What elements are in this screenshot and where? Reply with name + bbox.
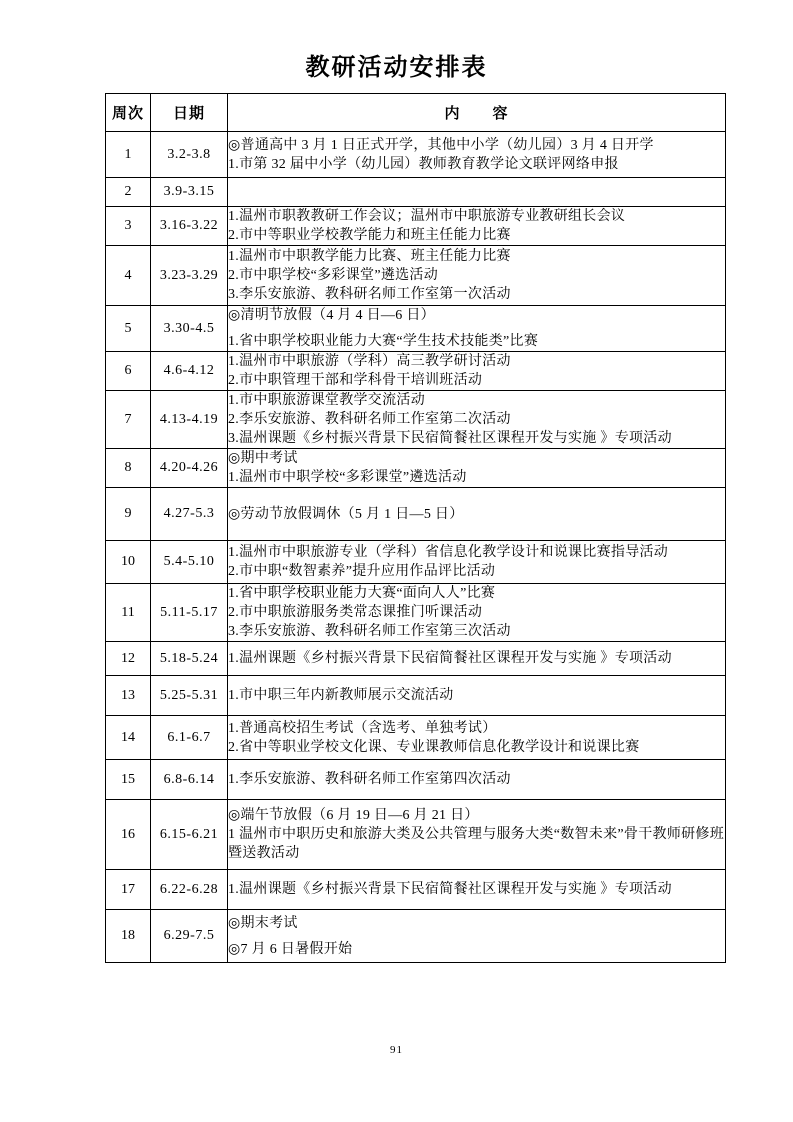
- content-line: 1.省中职学校职业能力大赛“面向人人”比赛: [228, 584, 725, 603]
- week-cell: 2: [106, 178, 151, 207]
- content-cell: 1.普通高校招生考试（含选考、单独考试）2.省中等职业学校文化课、专业课教师信息…: [228, 716, 726, 760]
- col-header-date: 日期: [151, 94, 228, 132]
- week-cell: 15: [106, 760, 151, 800]
- content-line: 1.温州课题《乡村振兴背景下民宿简餐社区课程开发与实施 》专项活动: [228, 880, 725, 899]
- content-cell: 1.温州课题《乡村振兴背景下民宿简餐社区课程开发与实施 》专项活动: [228, 870, 726, 910]
- header-row: 周次 日期 内 容: [106, 94, 726, 132]
- date-cell: 4.6-4.12: [151, 352, 228, 391]
- week-cell: 5: [106, 306, 151, 352]
- content-cell: 1.温州市中职旅游专业（学科）省信息化教学设计和说课比赛指导活动2.市中职“数智…: [228, 541, 726, 584]
- schedule-table-body: 13.2-3.8◎普通高中 3 月 1 日正式开学，其他中小学（幼儿园）3 月 …: [106, 132, 726, 963]
- content-cell: ◎期末考试◎7 月 6 日暑假开始: [228, 910, 726, 963]
- schedule-table-header: 周次 日期 内 容: [106, 94, 726, 132]
- table-row: 135.25-5.311.市中职三年内新教师展示交流活动: [106, 676, 726, 716]
- date-cell: 6.15-6.21: [151, 800, 228, 870]
- table-row: 84.20-4.26◎期中考试1.温州市中职学校“多彩课堂”遴选活动: [106, 449, 726, 488]
- content-cell: ◎劳动节放假调休（5 月 1 日—5 日）: [228, 488, 726, 541]
- content-cell: 1.省中职学校职业能力大赛“面向人人”比赛2.市中职旅游服务类常态课推门听课活动…: [228, 584, 726, 642]
- table-row: 176.22-6.281.温州课题《乡村振兴背景下民宿简餐社区课程开发与实施 》…: [106, 870, 726, 910]
- table-row: 64.6-4.121.温州市中职旅游（学科）高三教学研讨活动2.市中职管理干部和…: [106, 352, 726, 391]
- content-line: 2.市中等职业学校教学能力和班主任能力比赛: [228, 226, 725, 245]
- content-cell: 1.温州市中职旅游（学科）高三教学研讨活动2.市中职管理干部和学科骨干培训班活动: [228, 352, 726, 391]
- content-line: 1.普通高校招生考试（含选考、单独考试）: [228, 719, 725, 738]
- content-cell: 1.市中职三年内新教师展示交流活动: [228, 676, 726, 716]
- table-row: 156.8-6.141.李乐安旅游、教科研名师工作室第四次活动: [106, 760, 726, 800]
- content-cell: ◎端午节放假（6 月 19 日—6 月 21 日）1 温州市中职历史和旅游大类及…: [228, 800, 726, 870]
- content-cell: ◎普通高中 3 月 1 日正式开学，其他中小学（幼儿园）3 月 4 日开学1.市…: [228, 132, 726, 178]
- content-line: 1.省中职学校职业能力大赛“学生技术技能类”比赛: [228, 332, 725, 351]
- content-line: 2.市中职管理干部和学科骨干培训班活动: [228, 371, 725, 390]
- date-cell: 6.1-6.7: [151, 716, 228, 760]
- week-cell: 16: [106, 800, 151, 870]
- table-row: 74.13-4.191.市中职旅游课堂教学交流活动2.李乐安旅游、教科研名师工作…: [106, 391, 726, 449]
- table-row: 43.23-3.291.温州市中职教学能力比赛、班主任能力比赛2.市中职学校“多…: [106, 246, 726, 306]
- date-cell: 5.25-5.31: [151, 676, 228, 716]
- col-header-content: 内 容: [228, 94, 726, 132]
- content-line: ◎期末考试: [228, 914, 725, 933]
- content-line: 1.温州市中职学校“多彩课堂”遴选活动: [228, 468, 725, 487]
- date-cell: 3.9-3.15: [151, 178, 228, 207]
- content-line: ◎期中考试: [228, 449, 725, 468]
- date-cell: 3.16-3.22: [151, 207, 228, 246]
- content-line: 1 温州市中职历史和旅游大类及公共管理与服务大类“数智未来”骨干教师研修班暨送教…: [228, 825, 725, 863]
- week-cell: 17: [106, 870, 151, 910]
- content-line: 1.温州市中职旅游专业（学科）省信息化教学设计和说课比赛指导活动: [228, 543, 725, 562]
- content-line: ◎劳动节放假调休（5 月 1 日—5 日）: [228, 505, 725, 524]
- week-cell: 1: [106, 132, 151, 178]
- week-cell: 4: [106, 246, 151, 306]
- page-title: 教研活动安排表: [0, 52, 793, 84]
- week-cell: 12: [106, 642, 151, 676]
- content-line: 2.省中等职业学校文化课、专业课教师信息化教学设计和说课比赛: [228, 738, 725, 757]
- date-cell: 5.18-5.24: [151, 642, 228, 676]
- schedule-table: 周次 日期 内 容 13.2-3.8◎普通高中 3 月 1 日正式开学，其他中小…: [105, 93, 726, 963]
- table-row: 23.9-3.15: [106, 178, 726, 207]
- table-row: 13.2-3.8◎普通高中 3 月 1 日正式开学，其他中小学（幼儿园）3 月 …: [106, 132, 726, 178]
- date-cell: 5.4-5.10: [151, 541, 228, 584]
- date-cell: 6.8-6.14: [151, 760, 228, 800]
- date-cell: 4.27-5.3: [151, 488, 228, 541]
- content-line: 2.市中职旅游服务类常态课推门听课活动: [228, 603, 725, 622]
- content-line: 1.温州课题《乡村振兴背景下民宿简餐社区课程开发与实施 》专项活动: [228, 649, 725, 668]
- week-cell: 6: [106, 352, 151, 391]
- date-cell: 4.13-4.19: [151, 391, 228, 449]
- content-line: 1.市第 32 届中小学（幼儿园）教师教育教学论文联评网络申报: [228, 155, 725, 174]
- content-line: 3.李乐安旅游、教科研名师工作室第三次活动: [228, 622, 725, 641]
- content-line: ◎清明节放假（4 月 4 日—6 日）: [228, 306, 725, 325]
- content-cell: 1.市中职旅游课堂教学交流活动2.李乐安旅游、教科研名师工作室第二次活动3.温州…: [228, 391, 726, 449]
- date-cell: 6.22-6.28: [151, 870, 228, 910]
- week-cell: 7: [106, 391, 151, 449]
- content-cell: ◎期中考试1.温州市中职学校“多彩课堂”遴选活动: [228, 449, 726, 488]
- week-cell: 14: [106, 716, 151, 760]
- content-line: 2.李乐安旅游、教科研名师工作室第二次活动: [228, 410, 725, 429]
- date-cell: 3.2-3.8: [151, 132, 228, 178]
- table-row: 166.15-6.21◎端午节放假（6 月 19 日—6 月 21 日）1 温州…: [106, 800, 726, 870]
- table-row: 33.16-3.221.温州市职教教研工作会议；温州市中职旅游专业教研组长会议2…: [106, 207, 726, 246]
- content-line: 1.温州市职教教研工作会议；温州市中职旅游专业教研组长会议: [228, 207, 725, 226]
- content-line: 1.李乐安旅游、教科研名师工作室第四次活动: [228, 770, 725, 789]
- page-number: 91: [0, 1044, 793, 1056]
- content-line: 1.市中职三年内新教师展示交流活动: [228, 686, 725, 705]
- table-row: 146.1-6.71.普通高校招生考试（含选考、单独考试）2.省中等职业学校文化…: [106, 716, 726, 760]
- content-line: 3.李乐安旅游、教科研名师工作室第一次活动: [228, 285, 725, 304]
- week-cell: 8: [106, 449, 151, 488]
- col-header-week: 周次: [106, 94, 151, 132]
- date-cell: 3.23-3.29: [151, 246, 228, 306]
- content-line: ◎7 月 6 日暑假开始: [228, 940, 725, 959]
- content-cell: 1.温州课题《乡村振兴背景下民宿简餐社区课程开发与实施 》专项活动: [228, 642, 726, 676]
- table-row: 94.27-5.3◎劳动节放假调休（5 月 1 日—5 日）: [106, 488, 726, 541]
- table-row: 186.29-7.5◎期末考试◎7 月 6 日暑假开始: [106, 910, 726, 963]
- content-line: 1.温州市中职旅游（学科）高三教学研讨活动: [228, 352, 725, 371]
- content-cell: 1.温州市职教教研工作会议；温州市中职旅游专业教研组长会议2.市中等职业学校教学…: [228, 207, 726, 246]
- document-page: { "page": { "title": "教研活动安排表", "page_nu…: [0, 0, 793, 1122]
- date-cell: 3.30-4.5: [151, 306, 228, 352]
- content-line: ◎端午节放假（6 月 19 日—6 月 21 日）: [228, 806, 725, 825]
- content-cell: [228, 178, 726, 207]
- content-cell: 1.李乐安旅游、教科研名师工作室第四次活动: [228, 760, 726, 800]
- week-cell: 3: [106, 207, 151, 246]
- table-row: 105.4-5.101.温州市中职旅游专业（学科）省信息化教学设计和说课比赛指导…: [106, 541, 726, 584]
- content-line: 3.温州课题《乡村振兴背景下民宿简餐社区课程开发与实施 》专项活动: [228, 429, 725, 448]
- date-cell: 6.29-7.5: [151, 910, 228, 963]
- content-cell: ◎清明节放假（4 月 4 日—6 日）1.省中职学校职业能力大赛“学生技术技能类…: [228, 306, 726, 352]
- content-cell: 1.温州市中职教学能力比赛、班主任能力比赛2.市中职学校“多彩课堂”遴选活动3.…: [228, 246, 726, 306]
- content-line: 2.市中职“数智素养”提升应用作品评比活动: [228, 562, 725, 581]
- week-cell: 18: [106, 910, 151, 963]
- content-line: ◎普通高中 3 月 1 日正式开学，其他中小学（幼儿园）3 月 4 日开学: [228, 136, 725, 155]
- content-line: 1.温州市中职教学能力比赛、班主任能力比赛: [228, 247, 725, 266]
- date-cell: 4.20-4.26: [151, 449, 228, 488]
- content-line: 2.市中职学校“多彩课堂”遴选活动: [228, 266, 725, 285]
- week-cell: 9: [106, 488, 151, 541]
- week-cell: 13: [106, 676, 151, 716]
- week-cell: 11: [106, 584, 151, 642]
- table-row: 125.18-5.241.温州课题《乡村振兴背景下民宿简餐社区课程开发与实施 》…: [106, 642, 726, 676]
- date-cell: 5.11-5.17: [151, 584, 228, 642]
- table-row: 115.11-5.171.省中职学校职业能力大赛“面向人人”比赛2.市中职旅游服…: [106, 584, 726, 642]
- week-cell: 10: [106, 541, 151, 584]
- content-line: 1.市中职旅游课堂教学交流活动: [228, 391, 725, 410]
- table-row: 53.30-4.5◎清明节放假（4 月 4 日—6 日）1.省中职学校职业能力大…: [106, 306, 726, 352]
